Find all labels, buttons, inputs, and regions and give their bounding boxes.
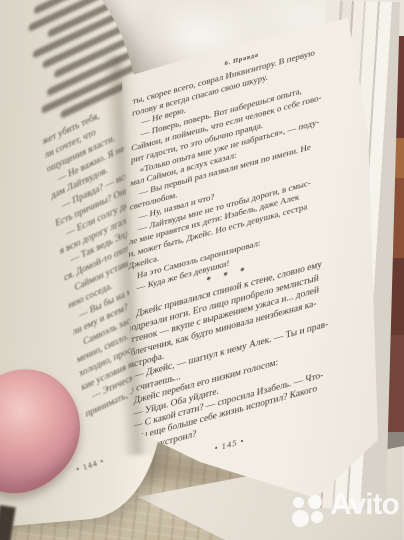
book-photo: жет убить тебя,ли сочтет, чтоощущения вл… — [0, 0, 404, 540]
avito-watermark-text: Avito — [330, 488, 399, 522]
avito-watermark: Avito — [288, 492, 404, 534]
right-page-text: 6. Правда ты, скорее всего, соврал Инкви… — [123, 21, 367, 478]
avito-logo-icon — [292, 495, 328, 529]
left-page-number: • 144 • — [75, 457, 105, 475]
